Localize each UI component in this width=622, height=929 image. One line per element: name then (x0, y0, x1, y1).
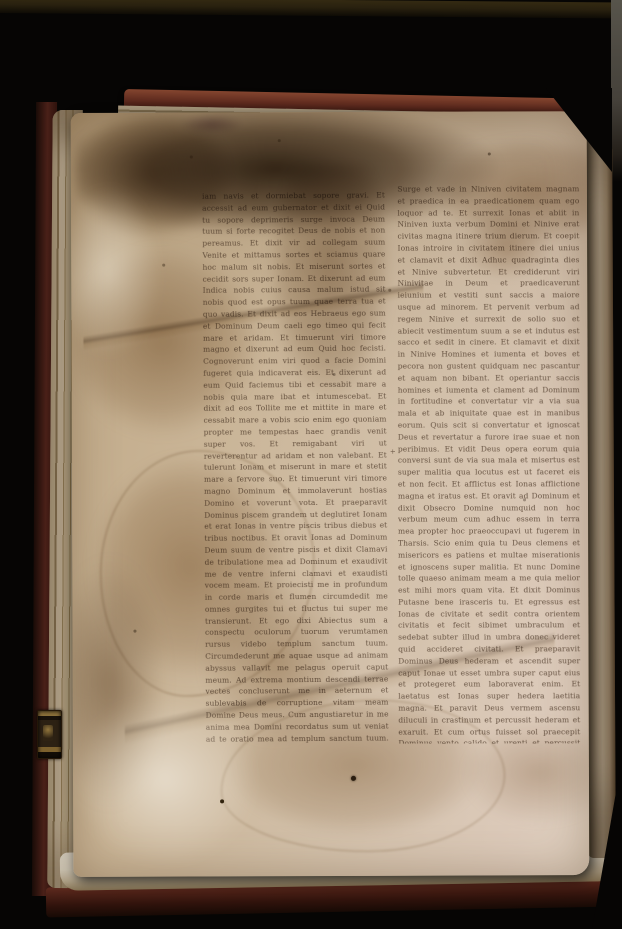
parchment-crease-upper (83, 272, 423, 359)
parchment-leaf: iam navis et dormiebat sopore gravi. Et … (71, 111, 590, 877)
backdrop-sliver (611, 0, 622, 182)
manuscript-photograph: iam navis et dormiebat sopore gravi. Et … (0, 0, 622, 929)
parchment-crease-lower (124, 581, 555, 792)
shelf-edge (0, 0, 622, 19)
marginal-cross-mark: + (390, 448, 396, 456)
purple-smudge (175, 112, 249, 136)
ink-specks (71, 113, 72, 114)
wormhole-small (220, 799, 224, 803)
wormhole (351, 776, 356, 781)
metal-clasp (37, 710, 62, 759)
